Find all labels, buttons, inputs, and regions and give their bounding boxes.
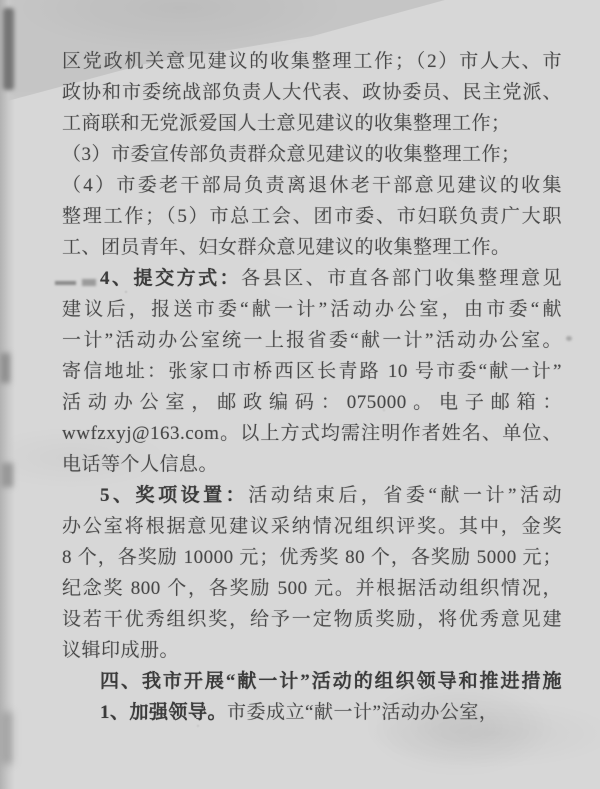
text-line: 议辑印成册。	[62, 635, 562, 666]
scan-speck	[566, 336, 572, 341]
body-text: 设若干优秀组织奖，给予一定物质奖励，将优秀意见建	[62, 609, 562, 630]
emphasized-text: 4、提交方式：	[100, 268, 241, 289]
body-text: 政协和市委统战部负责人大代表、政协委员、民主党派、	[62, 82, 562, 103]
text-line: 一计”活动办公室统一上报省委“献一计”活动办公室。	[62, 325, 562, 356]
body-text: 区党政机关意见建议的收集整理工作；（2）市人大、市	[62, 51, 562, 72]
text-line: 区党政机关意见建议的收集整理工作；（2）市人大、市	[62, 46, 562, 77]
body-text: 工商联和无党派爱国人士意见建议的收集整理工作；	[62, 113, 511, 134]
body-text: wwfzxyj@163.com。以上方式均需注明作者姓名、单位、	[62, 423, 562, 444]
text-line: 4、提交方式：各县区、市直各部门收集整理意见	[62, 263, 562, 294]
text-line: 5、奖项设置：活动结束后，省委“献一计”活动	[62, 480, 562, 511]
body-text: 建议后，报送市委“献一计”活动办公室，由市委“献	[62, 299, 562, 320]
body-text: 纪念奖 800 个，各奖励 500 元。并根据活动组织情况，	[62, 578, 562, 599]
emphasized-text: 5、奖项设置：	[100, 485, 248, 506]
text-line: 建议后，报送市委“献一计”活动办公室，由市委“献	[62, 294, 562, 325]
body-text: 一计”活动办公室统一上报省委“献一计”活动办公室。	[62, 330, 562, 351]
scanned-document-page: 区党政机关意见建议的收集整理工作；（2）市人大、市政协和市委统战部负责人大代表、…	[0, 0, 600, 789]
text-line: 8 个，各奖励 10000 元；优秀奖 80 个，各奖励 5000 元；	[62, 542, 562, 573]
emphasized-text: 1、加强领导。	[100, 702, 227, 723]
scan-edge-blot	[1, 463, 13, 487]
scan-edge-left	[0, 0, 15, 789]
text-line: 1、加强领导。市委成立“献一计”活动办公室，	[62, 697, 562, 728]
text-line: （3）市委宣传部负责群众意见建议的收集整理工作；	[62, 139, 562, 170]
text-line: 整理工作；（5）市总工会、团市委、市妇联负责广大职	[62, 201, 562, 232]
body-text: 各县区、市直各部门收集整理意见	[241, 268, 562, 289]
section-heading-line: 四、我市开展“献一计”活动的组织领导和推进措施	[62, 666, 562, 697]
text-line: 办公室将根据意见建议采纳情况组织评奖。其中，金奖	[62, 511, 562, 542]
body-text: 议辑印成册。	[62, 640, 179, 661]
body-text: 活动结束后，省委“献一计”活动	[248, 485, 562, 506]
body-text: 活动办公室，邮政编码：075000。电子邮箱：	[62, 392, 562, 413]
body-text: 市委成立“献一计”活动办公室，	[227, 702, 498, 723]
body-text: 工、团员青年、妇女群众意见建议的收集整理工作。	[62, 237, 511, 258]
scan-edge-blot	[0, 712, 12, 764]
text-line: （4）市委老干部局负责离退休老干部意见建议的收集	[62, 170, 562, 201]
emphasized-text: 四、我市开展“献一计”活动的组织领导和推进措施	[100, 671, 562, 692]
text-line: 工商联和无党派爱国人士意见建议的收集整理工作；	[62, 108, 562, 139]
text-line: 工、团员青年、妇女群众意见建议的收集整理工作。	[62, 232, 562, 263]
scan-edge-dark-bar	[3, 8, 14, 90]
body-text: 办公室将根据意见建议采纳情况组织评奖。其中，金奖	[62, 516, 562, 537]
body-text: 寄信地址：张家口市桥西区长青路 10 号市委“献一计”	[62, 361, 562, 382]
text-line: 活动办公室，邮政编码：075000。电子邮箱：	[62, 387, 562, 418]
text-line: wwfzxyj@163.com。以上方式均需注明作者姓名、单位、	[62, 418, 562, 449]
document-text: 区党政机关意见建议的收集整理工作；（2）市人大、市政协和市委统战部负责人大代表、…	[62, 46, 562, 728]
text-line: 设若干优秀组织奖，给予一定物质奖励，将优秀意见建	[62, 604, 562, 635]
body-text: 8 个，各奖励 10000 元；优秀奖 80 个，各奖励 5000 元；	[62, 547, 562, 568]
body-text: 电话等个人信息。	[62, 454, 218, 475]
body-text: （3）市委宣传部负责群众意见建议的收集整理工作；	[62, 144, 521, 165]
text-line: 寄信地址：张家口市桥西区长青路 10 号市委“献一计”	[62, 356, 562, 387]
text-line: 电话等个人信息。	[62, 449, 562, 480]
body-text: （4）市委老干部局负责离退休老干部意见建议的收集	[62, 175, 562, 196]
text-line: 纪念奖 800 个，各奖励 500 元。并根据活动组织情况，	[62, 573, 562, 604]
body-text: 整理工作；（5）市总工会、团市委、市妇联负责广大职	[62, 206, 562, 227]
text-line: 政协和市委统战部负责人大代表、政协委员、民主党派、	[62, 77, 562, 108]
scan-edge-blot	[0, 353, 10, 383]
